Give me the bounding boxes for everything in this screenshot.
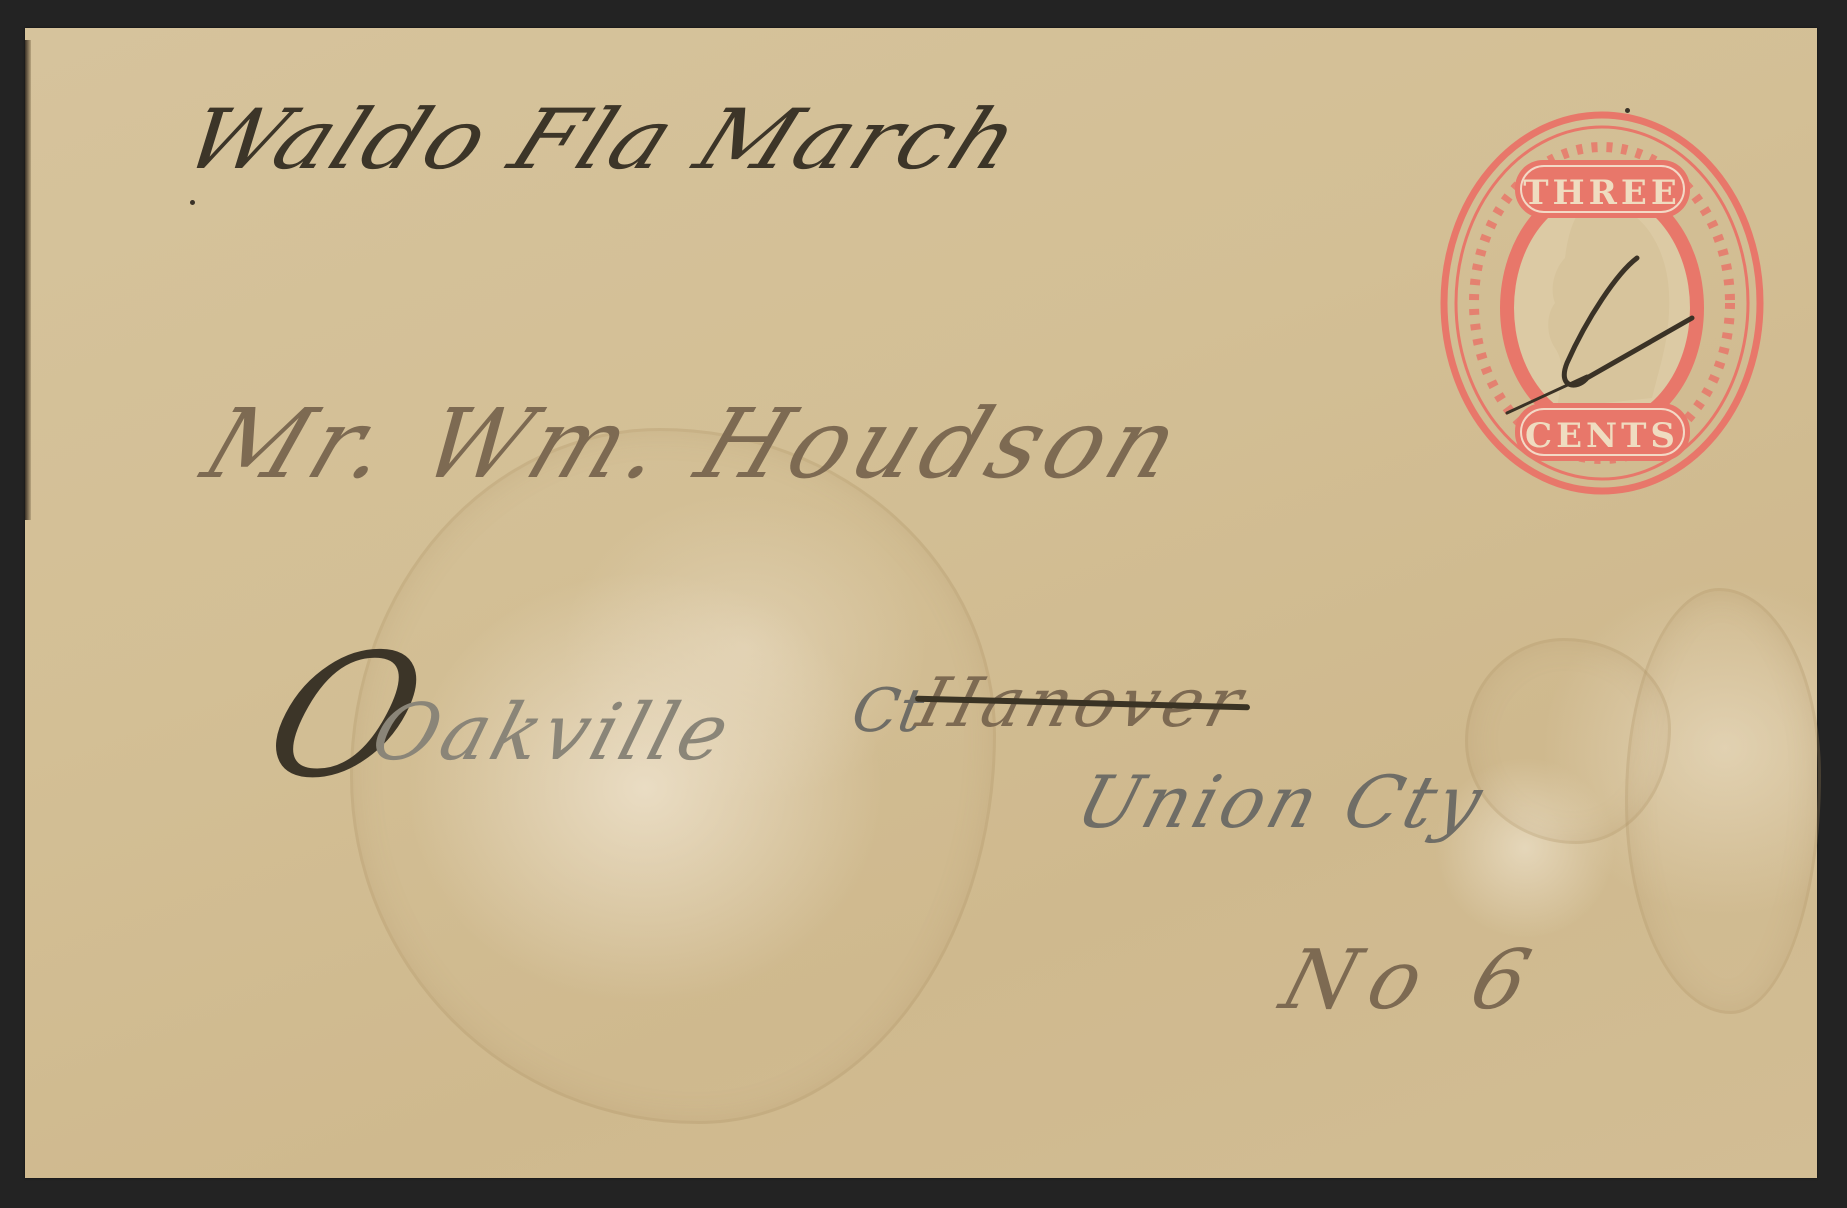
- envelope: Waldo Fla March Mr. Wm. Houdson O Oakvil…: [25, 28, 1817, 1178]
- embossed-stamp: THREE CENTS: [1437, 108, 1767, 498]
- manuscript-postmark: Waldo Fla March: [171, 91, 1035, 187]
- address-number: No 6: [1271, 933, 1554, 1028]
- stamp-bottom-text: CENTS: [1525, 416, 1679, 456]
- ink-speck: [190, 200, 195, 205]
- address-town: Oakville: [362, 688, 743, 778]
- address-addressee: Mr. Wm. Houdson: [190, 388, 1200, 500]
- address-county: Union Cty: [1068, 760, 1495, 844]
- water-stain: [1625, 588, 1821, 1014]
- envelope-flap-edge: [25, 40, 31, 520]
- stamp-top-text: THREE: [1523, 173, 1681, 213]
